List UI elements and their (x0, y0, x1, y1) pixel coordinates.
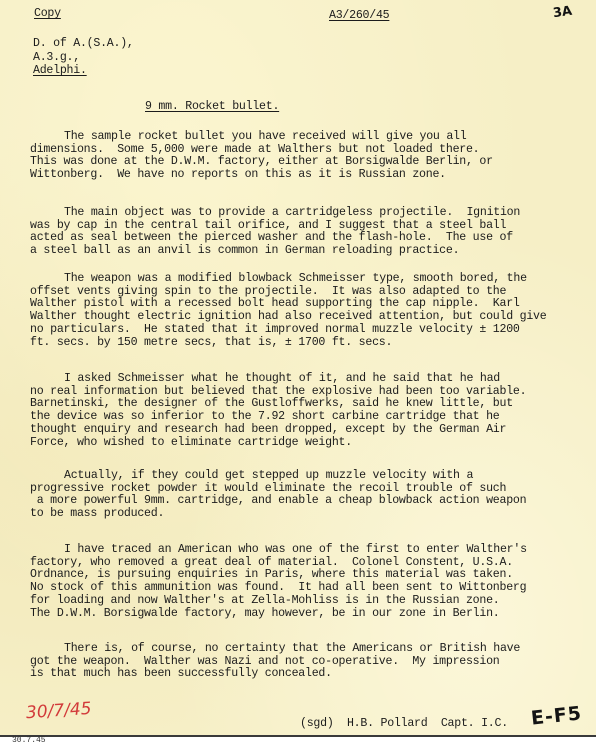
text-line: I have traced an American who was one of… (30, 544, 590, 557)
text-line: There is, of course, no certainty that t… (30, 643, 590, 656)
paragraph-3: The weapon was a modified blowback Schme… (30, 273, 590, 349)
text-line: thought enquiry and research had been dr… (30, 424, 590, 437)
addressee-line-3: Adelphi. (33, 64, 87, 77)
text-line: Walther thought electric ignition had al… (30, 311, 590, 324)
text-line: to be mass produced. (30, 508, 590, 521)
paragraph-6: I have traced an American who was one of… (30, 544, 590, 620)
text-line: The D.W.M. Borsigwalde factory, may howe… (30, 608, 590, 621)
text-line: Force, who wished to eliminate cartridge… (30, 437, 590, 450)
paragraph-2: The main object was to provide a cartrid… (30, 207, 590, 258)
text-line: a steel ball as an anvil is common in Ge… (30, 245, 590, 258)
text-line: no particulars. He stated that it improv… (30, 324, 590, 337)
paragraph-7: There is, of course, no certainty that t… (30, 643, 590, 681)
addressee-line-2: A.3.g., (33, 51, 80, 64)
handwritten-code: E-F5 (530, 702, 583, 729)
text-line: the device was so inferior to the 7.92 s… (30, 411, 590, 424)
folio-mark: 3A (552, 4, 573, 22)
document-title: 9 mm. Rocket bullet. (145, 100, 279, 113)
paragraph-1: The sample rocket bullet you have receiv… (30, 131, 590, 182)
text-line: The sample rocket bullet you have receiv… (30, 131, 590, 144)
addressee-line-1: D. of A.(S.A.), (33, 37, 134, 50)
handwritten-date: 30/7/45 (25, 699, 92, 724)
text-line: I asked Schmeisser what he thought of it… (30, 373, 590, 386)
footer-cut-text: 30.7.45 (12, 736, 46, 742)
text-line: The main object was to provide a cartrid… (30, 207, 590, 220)
text-line: for loading and now Walther's at Zella-M… (30, 595, 590, 608)
text-line: ft. secs. by 150 metre secs, that is, ± … (30, 337, 590, 350)
reference-number: A3/260/45 (329, 9, 389, 22)
text-line: Actually, if they could get stepped up m… (30, 470, 590, 483)
paragraph-4: I asked Schmeisser what he thought of it… (30, 373, 590, 449)
copy-label: Copy (34, 7, 61, 20)
paragraph-5: Actually, if they could get stepped up m… (30, 470, 590, 521)
text-line: No stock of this ammunition was found. I… (30, 582, 590, 595)
text-line: Wittonberg. We have no reports on this a… (30, 169, 590, 182)
memo-page: Copy A3/260/45 3A D. of A.(S.A.), A.3.g.… (0, 0, 596, 737)
signature-line: (sgd) H.B. Pollard Capt. I.C. (300, 717, 508, 730)
text-line: is that much has been successfully conce… (30, 668, 590, 681)
text-line: The weapon was a modified blowback Schme… (30, 273, 590, 286)
